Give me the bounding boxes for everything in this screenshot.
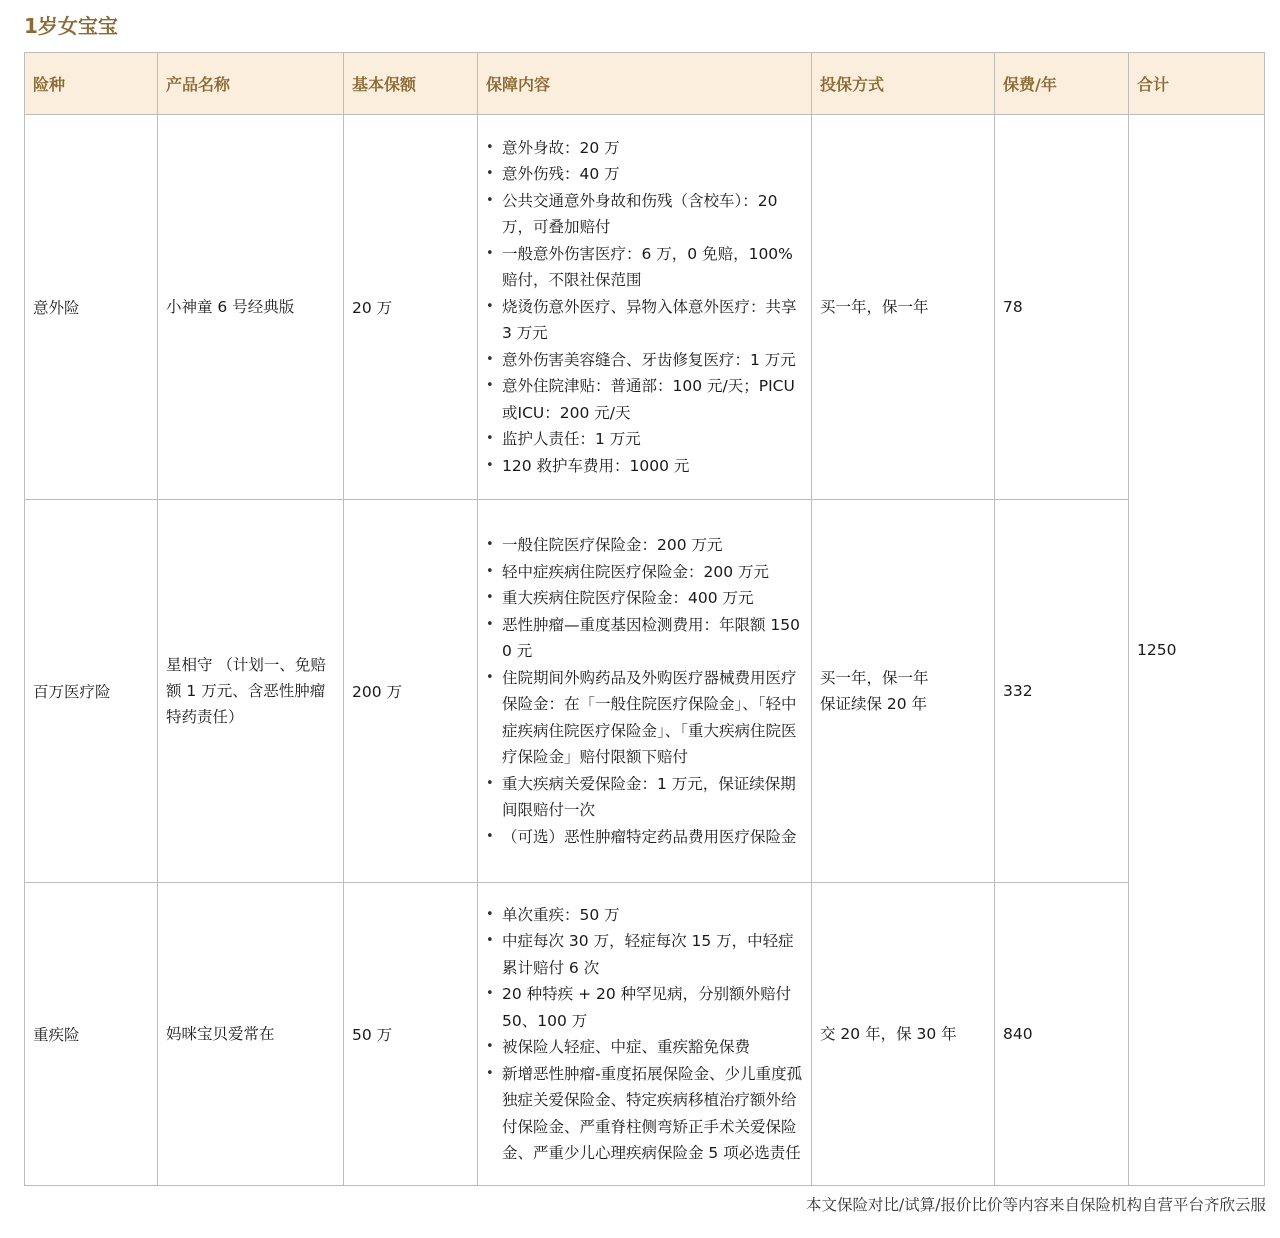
cell-insurance-type: 重疾险	[25, 883, 158, 1186]
purchase-method-line: 买一年，保一年	[820, 294, 986, 320]
coverage-item: 120 救护车费用：1000 元	[486, 453, 803, 480]
coverage-item: 住院期间外购药品及外购医疗器械费用医疗保险金：在「一般住院医疗保险金」、「轻中症…	[486, 665, 803, 771]
coverage-item: 意外伤害美容缝合、牙齿修复医疗：1 万元	[486, 347, 803, 374]
purchase-method-line: 保证续保 20 年	[820, 691, 986, 717]
coverage-item: 监护人责任：1 万元	[486, 426, 803, 453]
table-row: 意外险 小神童 6 号经典版 20 万 意外身故：20 万 意外伤残：40 万 …	[25, 115, 1265, 500]
cell-product-name: 星相守 （计划一、免赔额 1 万元、含恶性肿瘤特药责任）	[158, 500, 344, 883]
coverage-item: 被保险人轻症、中症、重疾豁免保费	[486, 1034, 803, 1061]
header-product-name: 产品名称	[158, 53, 344, 115]
cell-basic-amount: 50 万	[344, 883, 478, 1186]
purchase-method-line: 买一年，保一年	[820, 665, 986, 691]
header-premium-per-year: 保费/年	[995, 53, 1129, 115]
coverage-item: 中症每次 30 万，轻症每次 15 万，中轻症累计赔付 6 次	[486, 928, 803, 981]
cell-coverage: 意外身故：20 万 意外伤残：40 万 公共交通意外身故和伤残（含校车）：20 …	[478, 115, 812, 500]
cell-premium: 332	[995, 500, 1129, 883]
table-row: 重疾险 妈咪宝贝爱常在 50 万 单次重疾：50 万 中症每次 30 万，轻症每…	[25, 883, 1265, 1186]
cell-purchase-method: 买一年，保一年 保证续保 20 年	[812, 500, 995, 883]
coverage-item: 意外身故：20 万	[486, 135, 803, 162]
product-name-text: 星相守 （计划一、免赔额 1 万元、含恶性肿瘤特药责任）	[166, 652, 335, 730]
coverage-item: 意外住院津贴：普通部：100 元/天；PICU或ICU：200 元/天	[486, 373, 803, 426]
coverage-item: 意外伤残：40 万	[486, 161, 803, 188]
coverage-item: 单次重疾：50 万	[486, 902, 803, 929]
cell-premium: 840	[995, 883, 1129, 1186]
cell-basic-amount: 200 万	[344, 500, 478, 883]
cell-product-name: 妈咪宝贝爱常在	[158, 883, 344, 1186]
coverage-list: 一般住院医疗保险金：200 万元 轻中症疾病住院医疗保险金：200 万元 重大疾…	[486, 532, 803, 850]
coverage-item: 20 种特疾 + 20 种罕见病，分别额外赔付 50、100 万	[486, 981, 803, 1034]
cell-product-name: 小神童 6 号经典版	[158, 115, 344, 500]
cell-purchase-method: 交 20 年，保 30 年	[812, 883, 995, 1186]
cell-purchase-method: 买一年，保一年	[812, 115, 995, 500]
header-purchase-method: 投保方式	[812, 53, 995, 115]
header-total: 合计	[1129, 53, 1265, 115]
coverage-item: （可选）恶性肿瘤特定药品费用医疗保险金	[486, 824, 803, 851]
coverage-item: 烧烫伤意外医疗、异物入体意外医疗：共享 3 万元	[486, 294, 803, 347]
cell-basic-amount: 20 万	[344, 115, 478, 500]
table-header-row: 险种 产品名称 基本保额 保障内容 投保方式 保费/年 合计	[25, 53, 1265, 115]
cell-insurance-type: 百万医疗险	[25, 500, 158, 883]
coverage-item: 一般住院医疗保险金：200 万元	[486, 532, 803, 559]
coverage-list: 意外身故：20 万 意外伤残：40 万 公共交通意外身故和伤残（含校车）：20 …	[486, 135, 803, 480]
cell-premium: 78	[995, 115, 1129, 500]
insurance-comparison-table: 险种 产品名称 基本保额 保障内容 投保方式 保费/年 合计 意外险 小神童 6…	[24, 52, 1265, 1186]
cell-coverage: 一般住院医疗保险金：200 万元 轻中症疾病住院医疗保险金：200 万元 重大疾…	[478, 500, 812, 883]
cell-coverage: 单次重疾：50 万 中症每次 30 万，轻症每次 15 万，中轻症累计赔付 6 …	[478, 883, 812, 1186]
cell-insurance-type: 意外险	[25, 115, 158, 500]
product-name-text: 小神童 6 号经典版	[166, 294, 335, 320]
coverage-item: 公共交通意外身故和伤残（含校车）：20 万，可叠加赔付	[486, 188, 803, 241]
header-insurance-type: 险种	[25, 53, 158, 115]
cell-total: 1250	[1129, 115, 1265, 1186]
coverage-item: 轻中症疾病住院医疗保险金：200 万元	[486, 559, 803, 586]
coverage-item: 新增恶性肿瘤-重度拓展保险金、少儿重度孤独症关爱保险金、特定疾病移植治疗额外给付…	[486, 1061, 803, 1167]
header-basic-amount: 基本保额	[344, 53, 478, 115]
product-name-text: 妈咪宝贝爱常在	[166, 1021, 335, 1047]
purchase-method-line: 交 20 年，保 30 年	[820, 1021, 986, 1047]
page-title: 1岁女宝宝	[24, 12, 118, 40]
table-row: 百万医疗险 星相守 （计划一、免赔额 1 万元、含恶性肿瘤特药责任） 200 万…	[25, 500, 1265, 883]
coverage-list: 单次重疾：50 万 中症每次 30 万，轻症每次 15 万，中轻症累计赔付 6 …	[486, 902, 803, 1167]
coverage-item: 一般意外伤害医疗：6 万，0 免赔，100% 赔付，不限社保范围	[486, 241, 803, 294]
source-disclaimer: 本文保险对比/试算/报价比价等内容来自保险机构自营平台齐欣云服	[806, 1194, 1266, 1216]
coverage-item: 重大疾病住院医疗保险金：400 万元	[486, 585, 803, 612]
header-coverage: 保障内容	[478, 53, 812, 115]
coverage-item: 重大疾病关爱保险金：1 万元，保证续保期间限赔付一次	[486, 771, 803, 824]
coverage-item: 恶性肿瘤—重度基因检测费用：年限额 1500 元	[486, 612, 803, 665]
